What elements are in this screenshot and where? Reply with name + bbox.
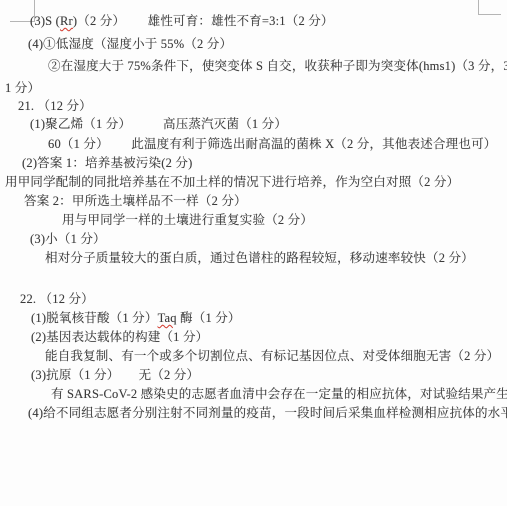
answer-line: (2)答案 1：培养基被污染(2 分) [22, 155, 192, 171]
answer-line: 1 分） [5, 80, 40, 96]
answer-text: (1)脱氧核苷酸（1 分） [31, 311, 158, 325]
text-boundary-mark-top-right [478, 0, 501, 15]
answer-line: (3)S (Rr)（2 分） 雄性可育：雄性不育=3:1（2 分） [30, 13, 334, 29]
answer-line: (1)脱氧核苷酸（1 分）Taq 酶（1 分） [31, 310, 241, 326]
misspelled-word-taq: Taq [158, 311, 177, 325]
answer-line: (4)①低湿度（湿度小于 55%（2 分） [28, 36, 232, 52]
answer-line: (3)小（1 分） [30, 231, 106, 247]
answer-line: (4)给不同组志愿者分别注射不同剂量的疫苗，一段时间后采集血样检测相应抗体的水平… [28, 405, 507, 421]
answer-line: 能自我复制、有一个或多个切割位点、有标记基因位点、对受体细胞无害（2 分） [45, 348, 499, 364]
answer-line: 60（1 分） 此温度有利于筛选出耐高温的菌株 X（2 分，其他表述合理也可） [48, 136, 496, 152]
answer-text: )（2 分） 雄性可育：雄性不育=3:1（2 分） [73, 14, 334, 28]
answer-line: (1)聚乙烯（1 分） 高压蒸汽灭菌（1 分） [30, 116, 287, 132]
answer-line: 用甲同学配制的同批培养基在不加土样的情况下进行培养，作为空白对照（2 分） [5, 174, 459, 190]
question-header-21: 21. （12 分） [18, 98, 92, 114]
misspelled-word-rr: Rr [60, 14, 73, 28]
answer-line: (3)抗原（1 分） 无（2 分） [31, 367, 199, 383]
document-page: (3)S (Rr)（2 分） 雄性可育：雄性不育=3:1（2 分） (4)①低湿… [0, 0, 507, 506]
answer-line: (2)基因表达载体的构建（1 分） [31, 329, 208, 345]
answer-line: 用与甲同学一样的土壤进行重复实验（2 分） [62, 212, 313, 228]
question-header-22: 22. （12 分） [20, 291, 94, 307]
answer-text: 酶（1 分） [177, 311, 241, 325]
answer-line: 相对分子质量较大的蛋白质，通过色谱柱的路程较短，移动速率较快（2 分） [45, 250, 474, 266]
answer-line: ②在湿度大于 75%条件下，使突变体 S 自交，收获种子即为突变体(hms1)（… [48, 58, 507, 74]
answer-text: (3)S ( [30, 14, 60, 28]
answer-line: 答案 2：甲所选土壤样品不一样（2 分） [24, 193, 247, 209]
answer-line: 有 SARS-CoV-2 感染史的志愿者血清中会存在一定量的相应抗体，对试验结果… [51, 386, 507, 402]
